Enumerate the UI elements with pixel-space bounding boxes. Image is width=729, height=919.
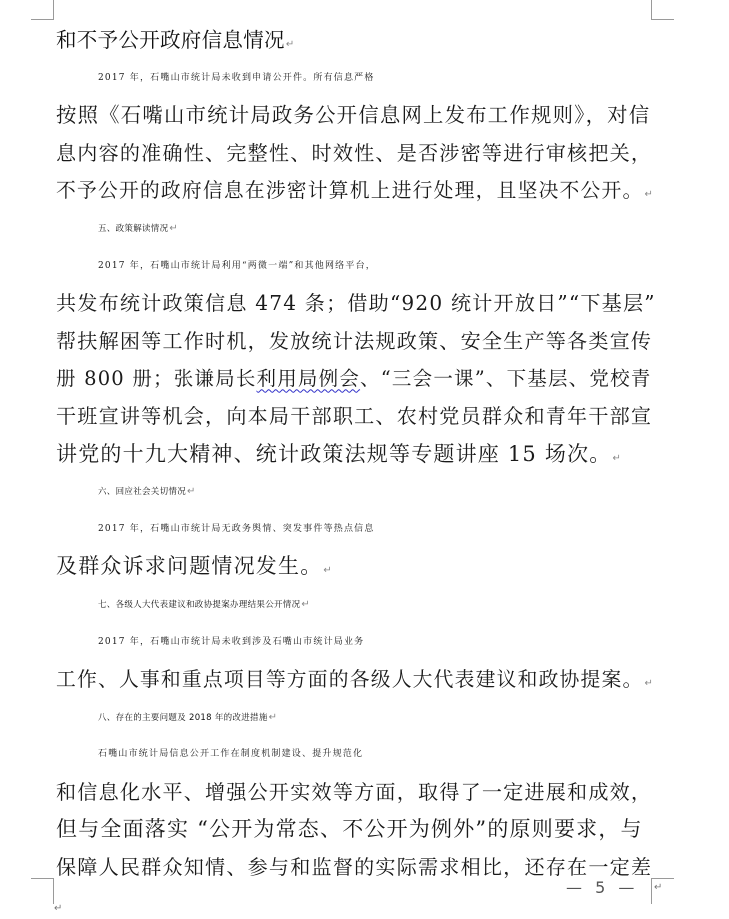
grammar-check-underline[interactable]: 利用局例会 bbox=[257, 367, 361, 390]
paragraph-line: 干班宣讲等机会，向本局干部职工、农村党员群众和青年干部宣 bbox=[56, 398, 656, 436]
section-heading: 五、政策解读情况↵ bbox=[56, 210, 656, 248]
document-body[interactable]: 和不予公开政府信息情况↵2017 年，石嘴山市统计局未收到申请公开件。所有信息严… bbox=[56, 22, 656, 887]
paragraph-line: 2017 年，石嘴山市统计局无政务舆情、突发事件等热点信息 bbox=[56, 511, 656, 549]
section-heading: 八、存在的主要问题及 2018 年的改进措施↵ bbox=[56, 699, 656, 737]
paragraph-mark-icon: ↵ bbox=[654, 882, 662, 893]
line-text: 2017 年，石嘴山市统计局利用“两微一端”和其他网络平台， bbox=[98, 261, 376, 271]
line-text: 册 800 册；张谦局长 bbox=[56, 367, 257, 390]
line-text: 七、各级人大代表建议和政协提案办理结果公开情况 bbox=[98, 600, 300, 610]
paragraph-line: 按照《石嘴山市统计局政务公开信息网上发布工作规则》，对信 bbox=[56, 97, 656, 135]
line-text: 和信息化水平、增强公开实效等方面，取得了一定进展和成效， bbox=[56, 780, 652, 804]
margin-corner-top-left bbox=[31, 0, 54, 20]
section-heading: 七、各级人大代表建议和政协提案办理结果公开情况↵ bbox=[56, 586, 656, 624]
paragraph-mark-icon: ↵ bbox=[612, 453, 620, 464]
paragraph-line: 共发布统计政策信息 474 条；借助“920 统计开放日”“下基层” bbox=[56, 285, 656, 323]
line-text: 但与全面落实 “公开为常态、不公开为例外”的原则要求，与 bbox=[56, 817, 643, 841]
paragraph-line: 2017 年，石嘴山市统计局利用“两微一端”和其他网络平台， bbox=[56, 248, 656, 286]
line-text: 石嘴山市统计局信息公开工作在制度机制建设、提升规范化 bbox=[98, 749, 363, 759]
paragraph-line: 册 800 册；张谦局长利用局例会、“三会一课”、下基层、党校青 bbox=[56, 360, 656, 398]
paragraph-mark-icon: ↵ bbox=[301, 599, 309, 610]
paragraph-mark-icon: ↵ bbox=[644, 678, 652, 689]
paragraph-line: 但与全面落实 “公开为常态、不公开为例外”的原则要求，与 bbox=[56, 811, 656, 849]
paragraph-line: 2017 年，石嘴山市统计局未收到涉及石嘴山市统计局业务 bbox=[56, 624, 656, 662]
paragraph-line: 讲党的十九大精神、统计政策法规等专题讲座 15 场次。↵ bbox=[56, 436, 656, 474]
paragraph-mark-icon: ↵ bbox=[286, 39, 294, 50]
paragraph-mark-icon: ↵ bbox=[54, 903, 62, 914]
line-text: 共发布统计政策信息 474 条；借助“920 统计开放日”“下基层” bbox=[56, 291, 656, 315]
line-text: 、“三会一课”、下基层、党校青 bbox=[360, 367, 651, 390]
line-text: 帮扶解困等工作时机，发放统计法规政策、安全生产等各类宣传 bbox=[56, 329, 652, 353]
line-text: 息内容的准确性、完整性、时效性、是否涉密等进行审核把关， bbox=[56, 141, 652, 165]
line-text: 2017 年，石嘴山市统计局未收到申请公开件。所有信息严格 bbox=[98, 73, 375, 83]
line-text: 六、回应社会关切情况 bbox=[98, 487, 186, 497]
paragraph-mark-icon: ↵ bbox=[644, 189, 652, 200]
line-text: 2017 年，石嘴山市统计局无政务舆情、突发事件等热点信息 bbox=[98, 524, 375, 534]
line-text: 不予公开的政府信息在涉密计算机上进行处理，且坚决不公开。 bbox=[56, 179, 643, 202]
line-text: 讲党的十九大精神、统计政策法规等专题讲座 15 场次。 bbox=[56, 442, 611, 466]
paragraph-line: 石嘴山市统计局信息公开工作在制度机制建设、提升规范化 bbox=[56, 736, 656, 774]
paragraph-line: 不予公开的政府信息在涉密计算机上进行处理，且坚决不公开。↵ bbox=[56, 172, 656, 210]
paragraph-mark-icon: ↵ bbox=[323, 565, 331, 576]
line-text: 2017 年，石嘴山市统计局未收到涉及石嘴山市统计局业务 bbox=[98, 637, 364, 647]
document-page: 和不予公开政府信息情况↵2017 年，石嘴山市统计局未收到申请公开件。所有信息严… bbox=[0, 0, 729, 919]
paragraph-mark-icon: ↵ bbox=[187, 486, 195, 497]
line-text: 八、存在的主要问题及 2018 年的改进措施 bbox=[98, 713, 268, 723]
margin-corner-bottom-left bbox=[31, 878, 54, 904]
section-heading: 六、回应社会关切情况↵ bbox=[56, 473, 656, 511]
paragraph-line: 帮扶解困等工作时机，发放统计法规政策、安全生产等各类宣传 bbox=[56, 323, 656, 361]
line-text: 按照《石嘴山市统计局政务公开信息网上发布工作规则》，对信 bbox=[56, 103, 650, 127]
line-text: 工作、人事和重点项目等方面的各级人大代表建议和政协提案。 bbox=[56, 668, 643, 691]
section-heading: 和不予公开政府信息情况↵ bbox=[56, 22, 656, 60]
margin-corner-top-right bbox=[651, 0, 674, 20]
paragraph-mark-icon: ↵ bbox=[169, 223, 177, 234]
line-text: 五、政策解读情况 bbox=[98, 224, 168, 234]
paragraph-line: 及群众诉求问题情况发生。↵ bbox=[56, 548, 656, 586]
line-text: 干班宣讲等机会，向本局干部职工、农村党员群众和青年干部宣 bbox=[56, 404, 652, 428]
paragraph-line: 2017 年，石嘴山市统计局未收到申请公开件。所有信息严格 bbox=[56, 60, 656, 98]
line-text: 及群众诉求问题情况发生。 bbox=[56, 554, 322, 578]
page-number: — 5 — bbox=[566, 878, 638, 897]
line-text: 保障人民群众知情、参与和监督的实际需求相比，还存在一定差 bbox=[56, 855, 652, 879]
paragraph-line: 和信息化水平、增强公开实效等方面，取得了一定进展和成效， bbox=[56, 774, 656, 812]
paragraph-line: 工作、人事和重点项目等方面的各级人大代表建议和政协提案。↵ bbox=[56, 661, 656, 699]
line-text: 和不予公开政府信息情况 bbox=[56, 28, 285, 52]
paragraph-line: 息内容的准确性、完整性、时效性、是否涉密等进行审核把关， bbox=[56, 135, 656, 173]
paragraph-mark-icon: ↵ bbox=[269, 712, 277, 723]
